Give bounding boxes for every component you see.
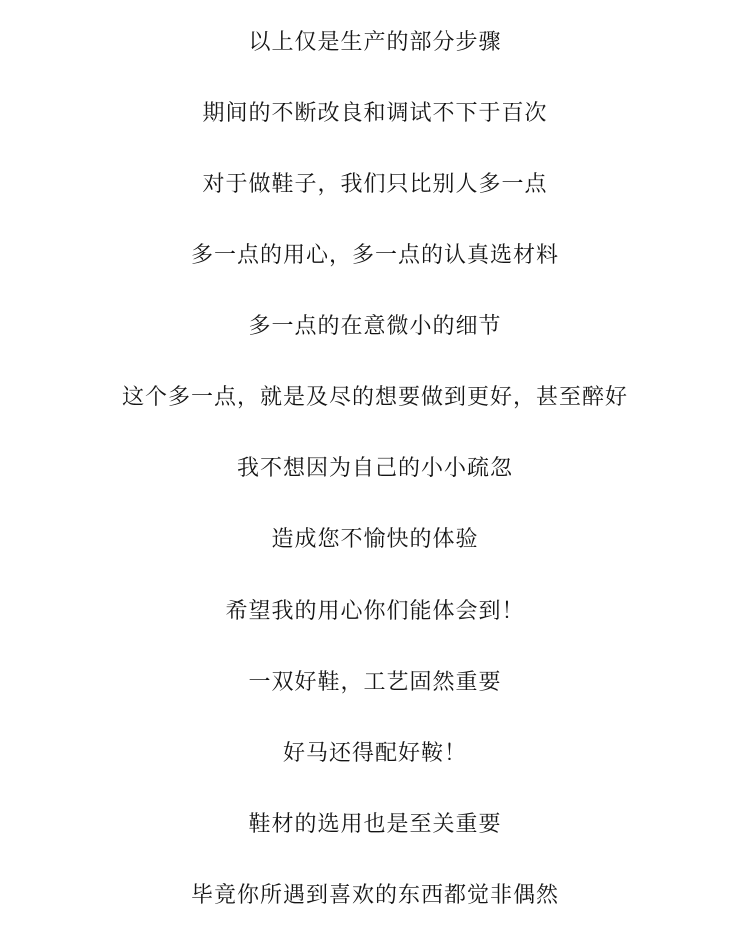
text-line-6: 这个多一点，就是及尽的想要做到更好，甚至醉好 [0,360,750,431]
text-line-1: 以上仅是生产的部分步骤 [0,5,750,76]
text-line-10: 一双好鞋，工艺固然重要 [0,645,750,716]
text-line-7: 我不想因为自己的小小疏忽 [0,431,750,502]
text-line-13: 毕竟你所遇到喜欢的东西都觉非偶然 [0,858,750,929]
text-line-5: 多一点的在意微小的细节 [0,289,750,360]
text-line-8: 造成您不愉快的体验 [0,502,750,573]
text-line-11: 好马还得配好鞍！ [0,716,750,787]
text-line-4: 多一点的用心，多一点的认真选材料 [0,218,750,289]
text-line-9: 希望我的用心你们能体会到！ [0,574,750,645]
product-story-text-page: 以上仅是生产的部分步骤 期间的不断改良和调试不下于百次 对于做鞋子，我们只比别人… [0,0,750,929]
text-line-3: 对于做鞋子，我们只比别人多一点 [0,147,750,218]
text-line-12: 鞋材的选用也是至关重要 [0,787,750,858]
text-line-2: 期间的不断改良和调试不下于百次 [0,76,750,147]
